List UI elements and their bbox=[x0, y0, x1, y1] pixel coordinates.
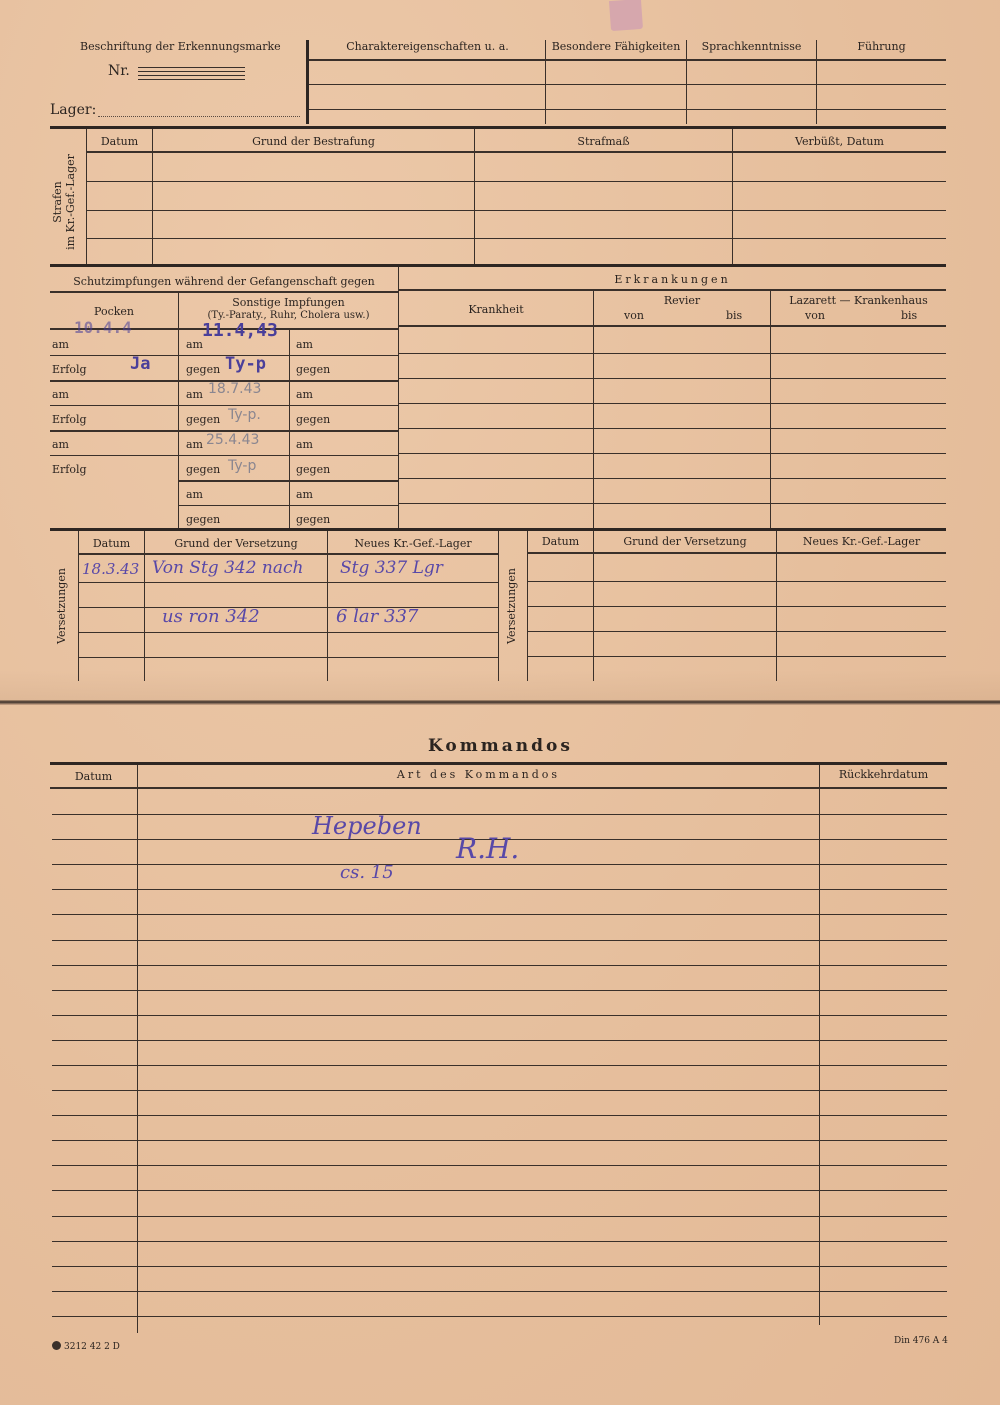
kommandos-row-line bbox=[52, 1266, 947, 1267]
pencil-type-2: Ty-p. bbox=[228, 407, 261, 423]
label-gegen: gegen bbox=[296, 463, 330, 476]
nr-label: Nr. bbox=[108, 63, 130, 79]
nr-line bbox=[138, 75, 245, 76]
label-bis: bis bbox=[901, 309, 917, 322]
kommandos-row-line bbox=[52, 1291, 947, 1292]
handwritten-date: cs. 15 bbox=[340, 862, 394, 883]
label-am: am bbox=[296, 338, 313, 351]
form-code: 3212 42 2 D bbox=[64, 1342, 120, 1352]
header-lazarett: Lazarett — Krankenhaus bbox=[771, 294, 946, 307]
identification-heading: Beschriftung der Erkennungsmarke bbox=[80, 40, 280, 53]
header-grund-bestrafung: Grund der Bestrafung bbox=[153, 135, 474, 148]
punishments-side-label: Strafenim Kr.-Gef.-Lager bbox=[51, 147, 79, 257]
pencil-date-2: 18.7.43 bbox=[208, 381, 261, 397]
label-am: am bbox=[52, 438, 69, 451]
kommandos-row-line bbox=[52, 1140, 947, 1141]
header-art-kommandos: Art des Kommandos bbox=[138, 768, 819, 781]
label-erfolg: Erfolg bbox=[52, 463, 87, 476]
header-krankheit: Krankheit bbox=[399, 303, 593, 316]
din-code: Din 476 A 4 bbox=[894, 1336, 948, 1346]
transfer-reason-cont: us ron 342 bbox=[162, 606, 260, 627]
transfers-side-label-left: Versetzungen bbox=[55, 566, 69, 646]
header-fuehrung: Führung bbox=[817, 40, 946, 53]
header-grund-versetzung: Grund der Versetzung bbox=[145, 537, 327, 550]
illnesses-heading: Erkrankungen bbox=[399, 273, 946, 286]
header-grund-versetzung: Grund der Versetzung bbox=[594, 535, 776, 548]
kommandos-row-line bbox=[52, 914, 947, 915]
header-rueckkehrdatum: Rückkehrdatum bbox=[820, 768, 947, 781]
stamp-pocken-result: Ja bbox=[130, 354, 150, 374]
printer-mark: 3212 42 2 D bbox=[52, 1341, 120, 1352]
nr-line bbox=[138, 79, 245, 80]
lager-field[interactable] bbox=[98, 116, 300, 117]
header-strafmass: Strafmaß bbox=[475, 135, 732, 148]
transfer-camp-cont: 6 lar 337 bbox=[336, 606, 418, 627]
label-am: am bbox=[52, 338, 69, 351]
kommandos-row-line bbox=[52, 1165, 947, 1166]
label-am: am bbox=[296, 488, 313, 501]
vaccinations-heading: Schutzimpfungen während der Gefangenscha… bbox=[50, 275, 398, 288]
kommandos-row-line bbox=[52, 889, 947, 890]
kommandos-row-line bbox=[52, 1115, 947, 1116]
transfer-date: 18.3.43 bbox=[82, 560, 139, 578]
label-von: von bbox=[624, 309, 644, 322]
header-datum: Datum bbox=[79, 537, 144, 550]
printer-emblem-icon bbox=[52, 1341, 61, 1350]
transfers-side-label-right: Versetzungen bbox=[505, 566, 519, 646]
label-gegen: gegen bbox=[296, 413, 330, 426]
label-am: am bbox=[186, 388, 203, 401]
transfer-camp: Stg 337 Lgr bbox=[340, 558, 443, 578]
kommandos-row-line bbox=[52, 940, 947, 941]
header-pocken: Pocken bbox=[50, 305, 178, 318]
nr-line bbox=[138, 71, 245, 72]
label-bis: bis bbox=[726, 309, 742, 322]
header-sprachkenntnisse: Sprachkenntnisse bbox=[687, 40, 816, 53]
header-datum: Datum bbox=[87, 135, 152, 148]
label-am: am bbox=[296, 388, 313, 401]
stamp-pocken-date: 10.4.4 bbox=[74, 318, 132, 337]
kommandos-row-line bbox=[52, 1316, 947, 1317]
label-gegen: gegen bbox=[186, 513, 220, 526]
header-neues-lager: Neues Kr.-Gef.-Lager bbox=[777, 535, 946, 548]
kommandos-row-line bbox=[52, 1090, 947, 1091]
stamp-other-type: Ty-p bbox=[225, 354, 266, 374]
label-gegen: gegen bbox=[186, 463, 220, 476]
label-gegen: gegen bbox=[296, 513, 330, 526]
label-erfolg: Erfolg bbox=[52, 363, 87, 376]
kommandos-title: Kommandos bbox=[428, 736, 573, 756]
kommandos-row-line bbox=[52, 1241, 947, 1242]
label-gegen: gegen bbox=[296, 363, 330, 376]
transfer-reason: Von Stg 342 nach bbox=[152, 558, 303, 578]
header-datum: Datum bbox=[50, 770, 137, 783]
handwritten-entry: Hepeben bbox=[312, 812, 422, 840]
label-von: von bbox=[805, 309, 825, 322]
label-am: am bbox=[186, 438, 203, 451]
kommandos-row-line bbox=[52, 1190, 947, 1191]
header-datum: Datum bbox=[528, 535, 593, 548]
pink-tab bbox=[609, 0, 643, 31]
fold-shadow bbox=[0, 670, 1000, 700]
pencil-type-3: Ty-p bbox=[228, 458, 256, 474]
stamp-other-date: 11.4,43 bbox=[202, 320, 278, 341]
kommandos-row-line bbox=[52, 1015, 947, 1016]
kommandos-row-line bbox=[52, 1040, 947, 1041]
label-am: am bbox=[186, 338, 203, 351]
header-neues-lager: Neues Kr.-Gef.-Lager bbox=[328, 537, 498, 550]
header-verbuesst-datum: Verbüßt, Datum bbox=[733, 135, 946, 148]
kommandos-row-line bbox=[52, 965, 947, 966]
kommandos-row-line bbox=[52, 814, 947, 815]
kommandos-row-line bbox=[52, 1065, 947, 1066]
label-gegen: gegen bbox=[186, 413, 220, 426]
label-erfolg: Erfolg bbox=[52, 413, 87, 426]
header-charaktereigenschaften: Charaktereigenschaften u. a. bbox=[310, 40, 545, 53]
nr-line bbox=[138, 67, 245, 68]
signature: R.H. bbox=[456, 832, 519, 865]
kommandos-row-line bbox=[52, 1216, 947, 1217]
header-faehigkeiten: Besondere Fähigkeiten bbox=[546, 40, 686, 53]
pencil-date-3: 25.4.43 bbox=[206, 432, 259, 448]
page-fold bbox=[0, 700, 1000, 705]
header-revier: Revier bbox=[594, 294, 770, 307]
kommandos-row-line bbox=[52, 990, 947, 991]
label-gegen: gegen bbox=[186, 363, 220, 376]
label-am: am bbox=[296, 438, 313, 451]
label-am: am bbox=[186, 488, 203, 501]
label-am: am bbox=[52, 388, 69, 401]
lager-label: Lager: bbox=[50, 102, 96, 118]
header-sonstige: Sonstige Impfungen bbox=[179, 296, 398, 309]
